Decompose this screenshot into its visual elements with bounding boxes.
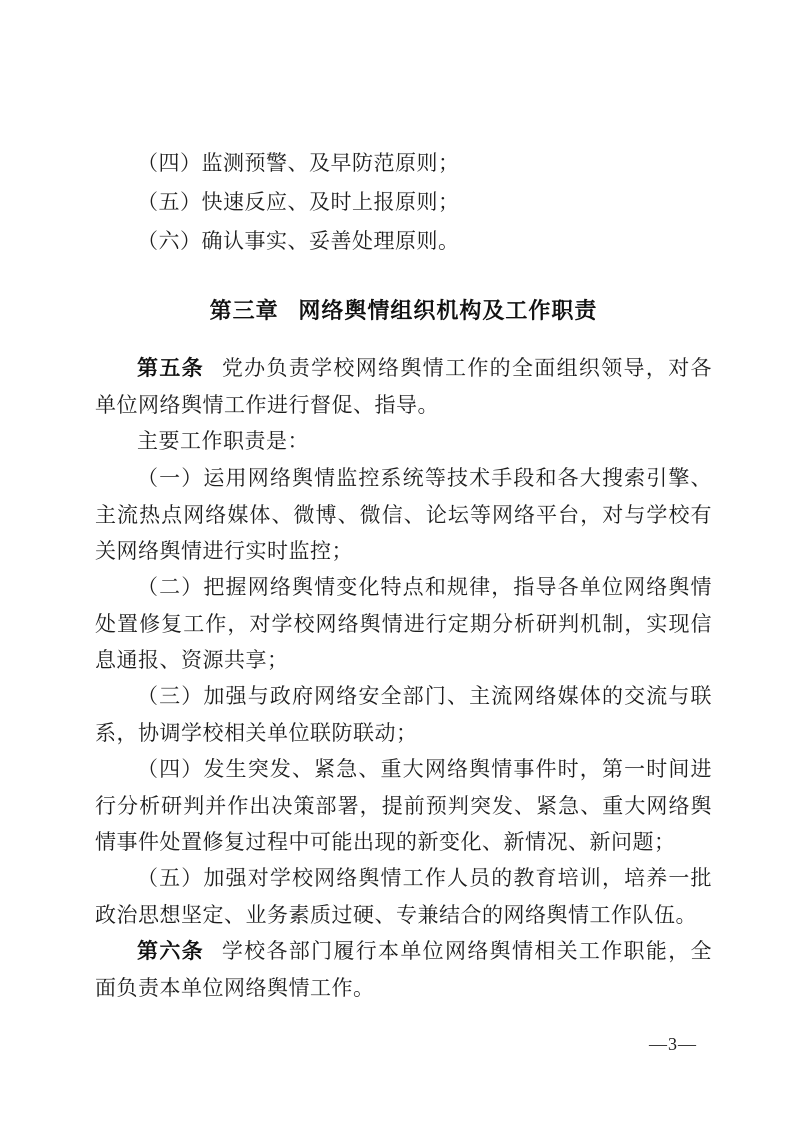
chapter-title: 网络舆情组织机构及工作职责 <box>298 298 597 323</box>
chapter-number: 第三章 <box>210 298 279 323</box>
article-number: 第五条 <box>137 357 204 380</box>
article-text: （四）发生突发、紧急、重大网络舆情事件时，第一时间进行分析研判并作出决策部署，提… <box>95 757 712 854</box>
principles-list: （四）监测预警、及早防范原则； （五）快速反应、及时上报原则； （六）确认事实、… <box>95 144 712 261</box>
principle-item: （五）快速反应、及时上报原则； <box>95 183 712 222</box>
article-paragraph: （五）加强对学校网络舆情工作人员的教育培训，培养一批政治思想坚定、业务素质过硬、… <box>95 860 712 933</box>
principle-item: （六）确认事实、妥善处理原则。 <box>95 222 712 261</box>
article-text: （二）把握网络舆情变化特点和规律，指导各单位网络舆情处置修复工作，对学校网络舆情… <box>95 575 712 672</box>
principle-item: （四）监测预警、及早防范原则； <box>95 144 712 183</box>
article-text: （五）加强对学校网络舆情工作人员的教育培训，培养一批政治思想坚定、业务素质过硬、… <box>95 866 712 927</box>
page-number: —3— <box>649 1033 697 1055</box>
article-number: 第六条 <box>137 940 204 963</box>
document-page: （四）监测预警、及早防范原则； （五）快速反应、及时上报原则； （六）确认事实、… <box>0 0 793 1122</box>
article-paragraph: 第五条党办负责学校网络舆情工作的全面组织领导，对各单位网络舆情工作进行督促、指导… <box>95 350 712 423</box>
article-paragraph: 主要工作职责是： <box>95 423 712 460</box>
article-paragraph: （四）发生突发、紧急、重大网络舆情事件时，第一时间进行分析研判并作出决策部署，提… <box>95 751 712 860</box>
chapter-heading: 第三章网络舆情组织机构及工作职责 <box>95 293 712 329</box>
article-paragraph: 第六条学校各部门履行本单位网络舆情相关工作职能，全面负责本单位网络舆情工作。 <box>95 933 712 1006</box>
article-paragraph: （一）运用网络舆情监控系统等技术手段和各大搜索引擎、主流热点网络媒体、微博、微信… <box>95 460 712 569</box>
article-paragraph: （三）加强与政府网络安全部门、主流网络媒体的交流与联系，协调学校相关单位联防联动… <box>95 678 712 751</box>
article-paragraph: （二）把握网络舆情变化特点和规律，指导各单位网络舆情处置修复工作，对学校网络舆情… <box>95 569 712 678</box>
chapter-body: 第五条党办负责学校网络舆情工作的全面组织领导，对各单位网络舆情工作进行督促、指导… <box>95 350 712 1006</box>
document-content: （四）监测预警、及早防范原则； （五）快速反应、及时上报原则； （六）确认事实、… <box>95 144 712 1006</box>
article-text: 主要工作职责是： <box>137 429 309 453</box>
article-text: （一）运用网络舆情监控系统等技术手段和各大搜索引擎、主流热点网络媒体、微博、微信… <box>95 466 712 563</box>
article-text: （三）加强与政府网络安全部门、主流网络媒体的交流与联系，协调学校相关单位联防联动… <box>95 684 712 745</box>
